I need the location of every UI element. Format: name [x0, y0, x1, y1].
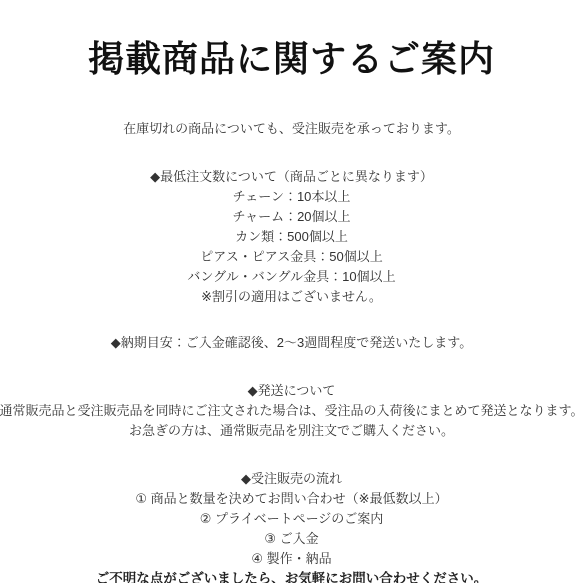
contact-footer-note: ご不明な点がございましたら、お気軽にお問い合わせください。	[96, 569, 488, 583]
section-delivery-time: ◆納期目安：ご入金確認後、2〜3週間程度で発送いたします。	[111, 333, 472, 353]
minimum-order-item-earrings: ピアス・ピアス金具：50個以上	[200, 247, 382, 267]
minimum-order-item-bangles: バングル・バングル金具：10個以上	[187, 267, 395, 287]
minimum-order-item-rings: カン類：500個以上	[235, 227, 348, 247]
delivery-time-text: ◆納期目安：ご入金確認後、2〜3週間程度で発送いたします。	[111, 333, 472, 353]
shipping-combined-note: 通常販売品と受注販売品を同時にご注文された場合は、受注品の入荷後にまとめて発送と…	[0, 401, 583, 421]
section-shipping: ◆発送について 通常販売品と受注販売品を同時にご注文された場合は、受注品の入荷後…	[0, 381, 583, 441]
order-flow-step-3: ③ ご入金	[264, 529, 318, 549]
order-flow-step-4: ④ 製作・納品	[251, 549, 331, 569]
page-title: 掲載商品に関するご案内	[88, 36, 495, 83]
minimum-order-heading: ◆最低注文数について（商品ごとに異なります）	[150, 167, 433, 187]
shipping-rush-note: お急ぎの方は、通常販売品を別注文でご購入ください。	[129, 421, 454, 441]
order-flow-heading: ◆受注販売の流れ	[241, 469, 342, 489]
order-flow-step-2: ② プライベートページのご案内	[200, 509, 384, 529]
shipping-heading: ◆発送について	[248, 381, 336, 401]
notice-page: 掲載商品に関するご案内 在庫切れの商品についても、受注販売を承っております。 ◆…	[0, 0, 583, 583]
order-flow-step-1: ① 商品と数量を決めてお問い合わせ（※最低数以上）	[135, 489, 447, 509]
section-minimum-order: ◆最低注文数について（商品ごとに異なります） チェーン：10本以上 チャーム：2…	[150, 167, 433, 307]
intro-text: 在庫切れの商品についても、受注販売を承っております。	[123, 119, 460, 139]
minimum-order-item-charm: チャーム：20個以上	[232, 207, 350, 227]
minimum-order-item-chain: チェーン：10本以上	[233, 187, 351, 207]
section-order-flow: ◆受注販売の流れ ① 商品と数量を決めてお問い合わせ（※最低数以上） ② プライ…	[96, 469, 488, 583]
minimum-order-note-discount: ※割引の適用はございません。	[201, 287, 382, 307]
